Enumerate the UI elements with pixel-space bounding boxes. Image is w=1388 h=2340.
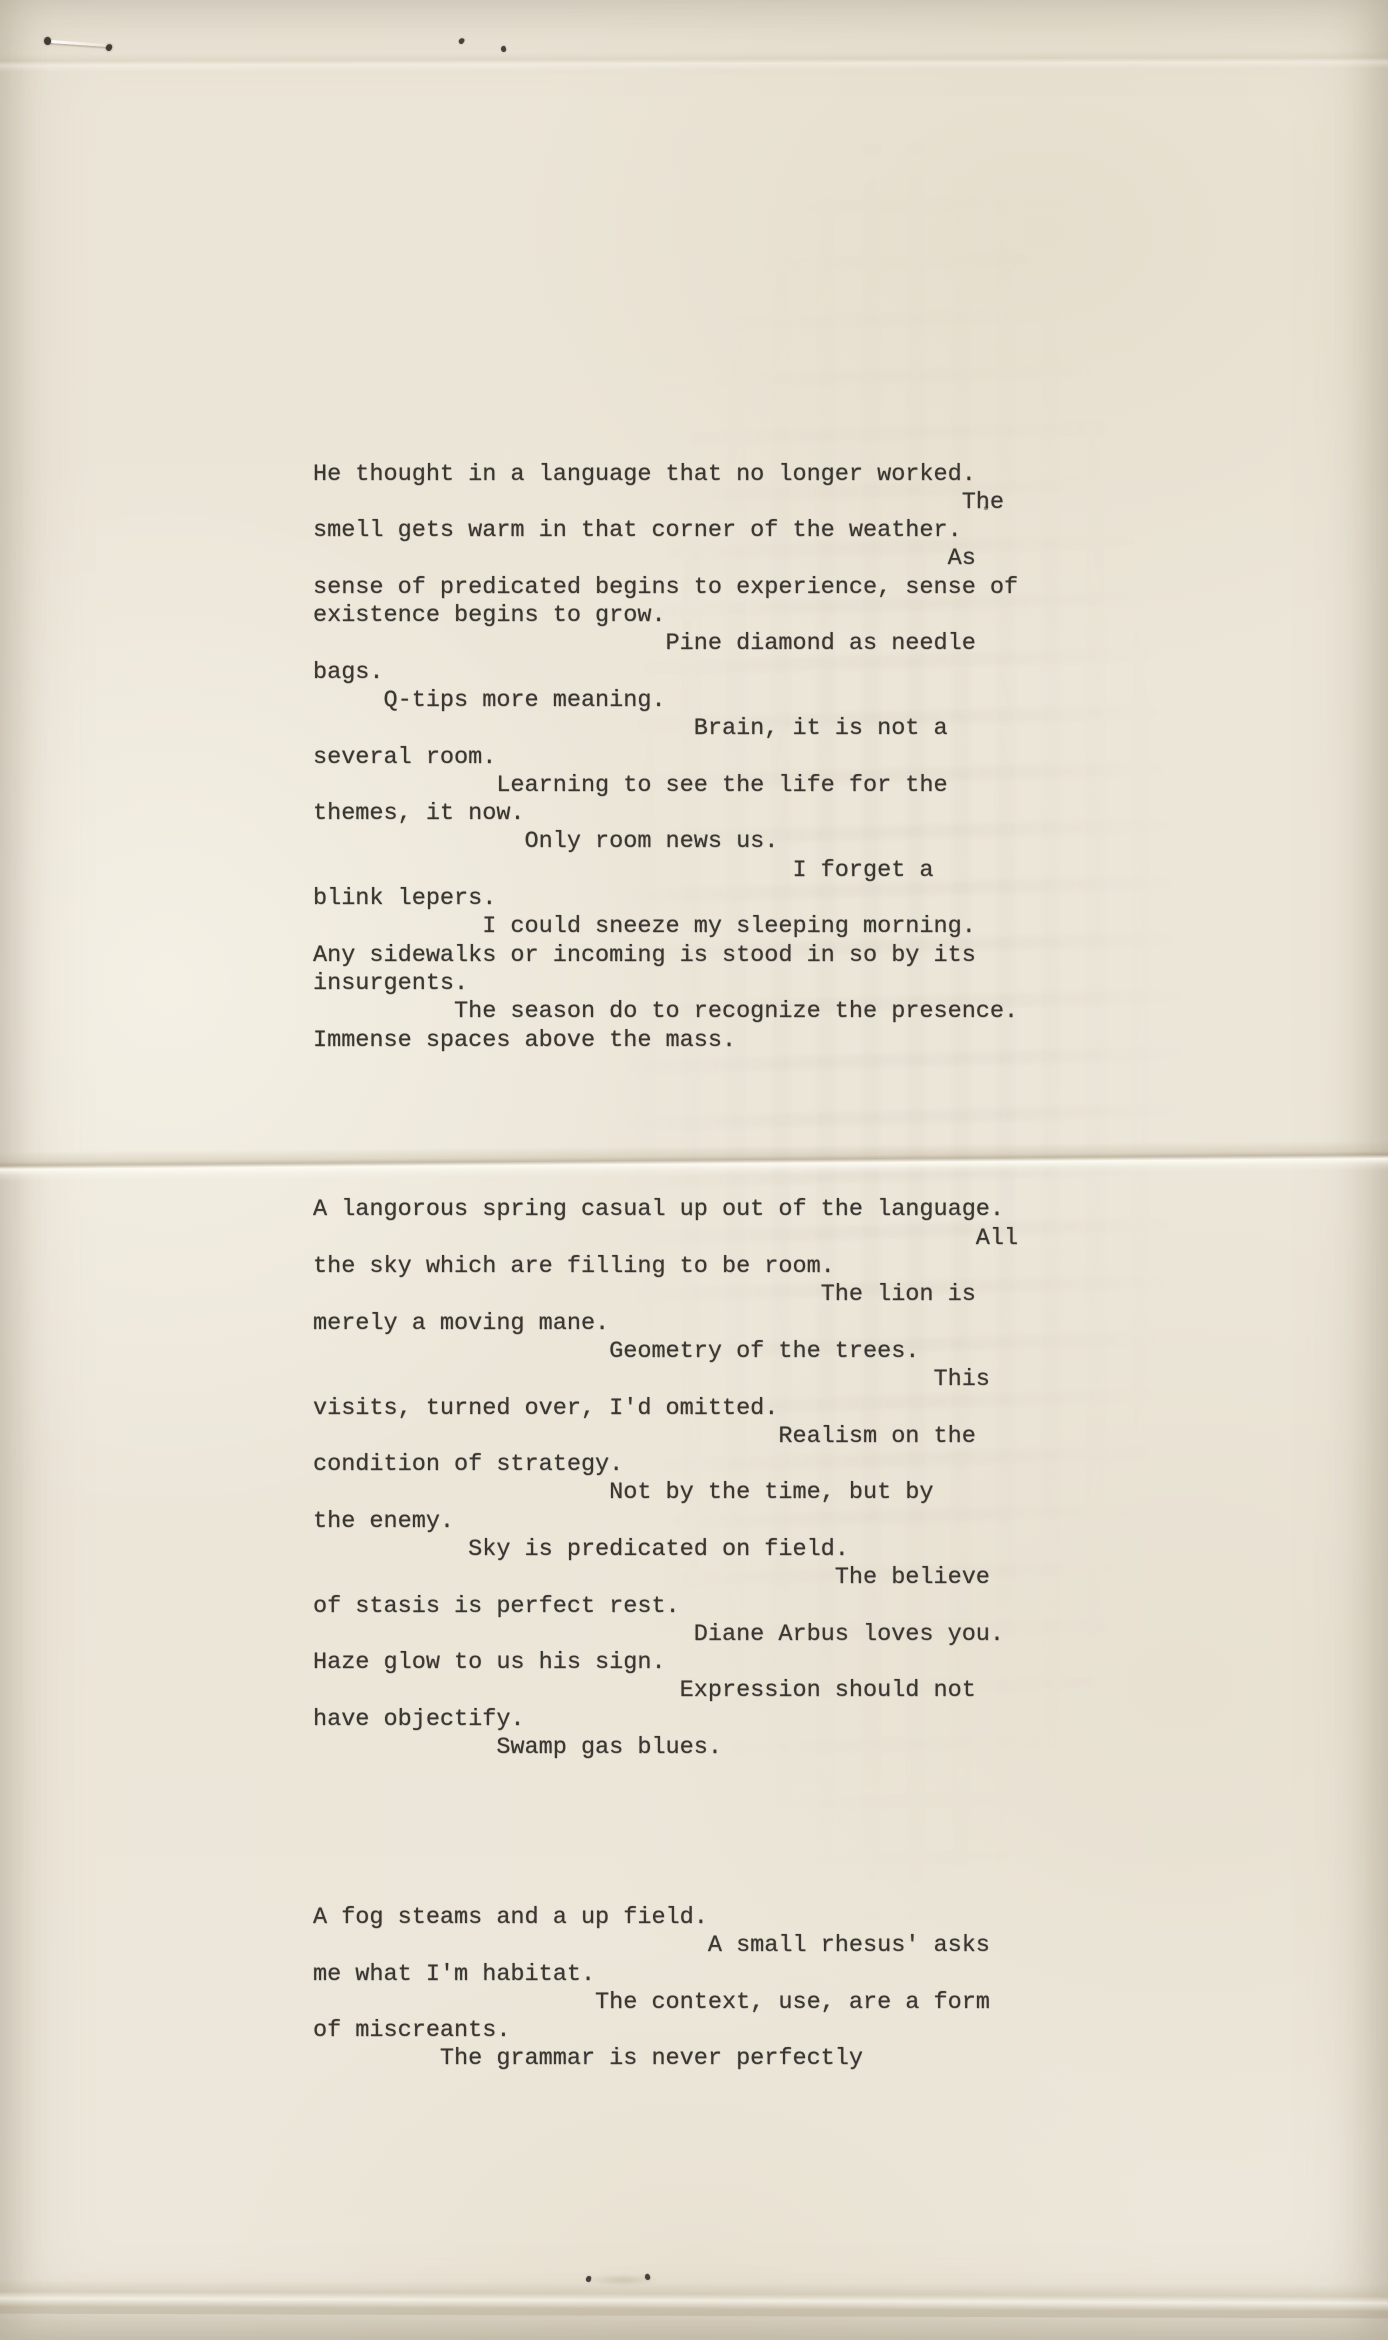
poem-line: The context, use, are a form [313, 1989, 1018, 2017]
poem-line: All [313, 1225, 1018, 1253]
poem-line: A fog steams and a up field. [313, 1904, 1018, 1932]
poem-line: of stasis is perfect rest. [313, 1593, 1018, 1621]
staple-hole [43, 36, 52, 46]
poem-line: Any sidewalks or incoming is stood in so… [313, 942, 1018, 970]
poem-line: Brain, it is not a [313, 715, 1018, 743]
poem-line: have objectify. [313, 1706, 1018, 1734]
poem-line: Not by the time, but by [313, 1479, 1018, 1507]
poem-line: Expression should not [313, 1677, 1018, 1705]
poem-line: The lion is [313, 1281, 1018, 1309]
poem-line: several room. [313, 744, 1018, 772]
staple-hole [500, 45, 507, 52]
poem-line: blink lepers. [313, 885, 1018, 913]
poem-line: I forget a [313, 857, 1018, 885]
stanza-2: A langorous spring casual up out of the … [313, 1196, 1018, 1762]
poem-line: Haze glow to us his sign. [313, 1649, 1018, 1677]
poem-line: Sky is predicated on field. [313, 1536, 1018, 1564]
fold-crease-top [0, 50, 1388, 72]
poem-line: This [313, 1366, 1018, 1394]
poem-line: Immense spaces above the mass. [313, 1027, 1018, 1055]
poem-line: The season do to recognize the presence. [313, 998, 1018, 1026]
poem-line: condition of strategy. [313, 1451, 1018, 1479]
poem-line: merely a moving mane. [313, 1310, 1018, 1338]
staple-hole [458, 37, 465, 45]
fold-crease-bottom [0, 2280, 1388, 2319]
poem-line: Swamp gas blues. [313, 1734, 1018, 1762]
poem-line: Q-tips more meaning. [313, 687, 1018, 715]
poem-line: Learning to see the life for the [313, 772, 1018, 800]
stanza-1: He thought in a language that no longer … [313, 461, 1018, 1055]
poem-line: He thought in a language that no longer … [313, 461, 1018, 489]
poem-line: existence begins to grow. [313, 602, 1018, 630]
poem-line: The believe [313, 1564, 1018, 1592]
poem-line: A small rhesus' asks [313, 1932, 1018, 1960]
poem-line: Geometry of the trees. [313, 1338, 1018, 1366]
poem-line: the sky which are filling to be room. [313, 1253, 1018, 1281]
poem-line: me what I'm habitat. [313, 1961, 1018, 1989]
paper-sheet: He thought in a language that no longer … [0, 0, 1388, 2340]
poem-line: smell gets warm in that corner of the we… [313, 517, 1018, 545]
poem-line: the enemy. [313, 1508, 1018, 1536]
poem-line: Only room news us. [313, 828, 1018, 856]
poem-text: He thought in a language that no longer … [313, 404, 1018, 2130]
staple-mark [42, 34, 118, 54]
poem-line: The grammar is never perfectly [313, 2045, 1018, 2073]
poem-line: As [313, 545, 1018, 573]
poem-line: I could sneeze my sleeping morning. [313, 913, 1018, 941]
poem-line: Pine diamond as needle [313, 630, 1018, 658]
poem-line: sense of predicated begins to experience… [313, 574, 1018, 602]
poem-line: insurgents. [313, 970, 1018, 998]
poem-line: visits, turned over, I'd omitted. [313, 1395, 1018, 1423]
poem-line: Realism on the [313, 1423, 1018, 1451]
staple-bar [49, 40, 109, 47]
poem-line: Diane Arbus loves you. [313, 1621, 1018, 1649]
poem-line: of miscreants. [313, 2017, 1018, 2045]
poem-line: The [313, 489, 1018, 517]
stanza-3: A fog steams and a up field. A small rhe… [313, 1904, 1018, 2074]
poem-line: bags. [313, 659, 1018, 687]
staple-hole [105, 43, 113, 52]
poem-line: themes, it now. [313, 800, 1018, 828]
poem-line: A langorous spring casual up out of the … [313, 1196, 1018, 1224]
